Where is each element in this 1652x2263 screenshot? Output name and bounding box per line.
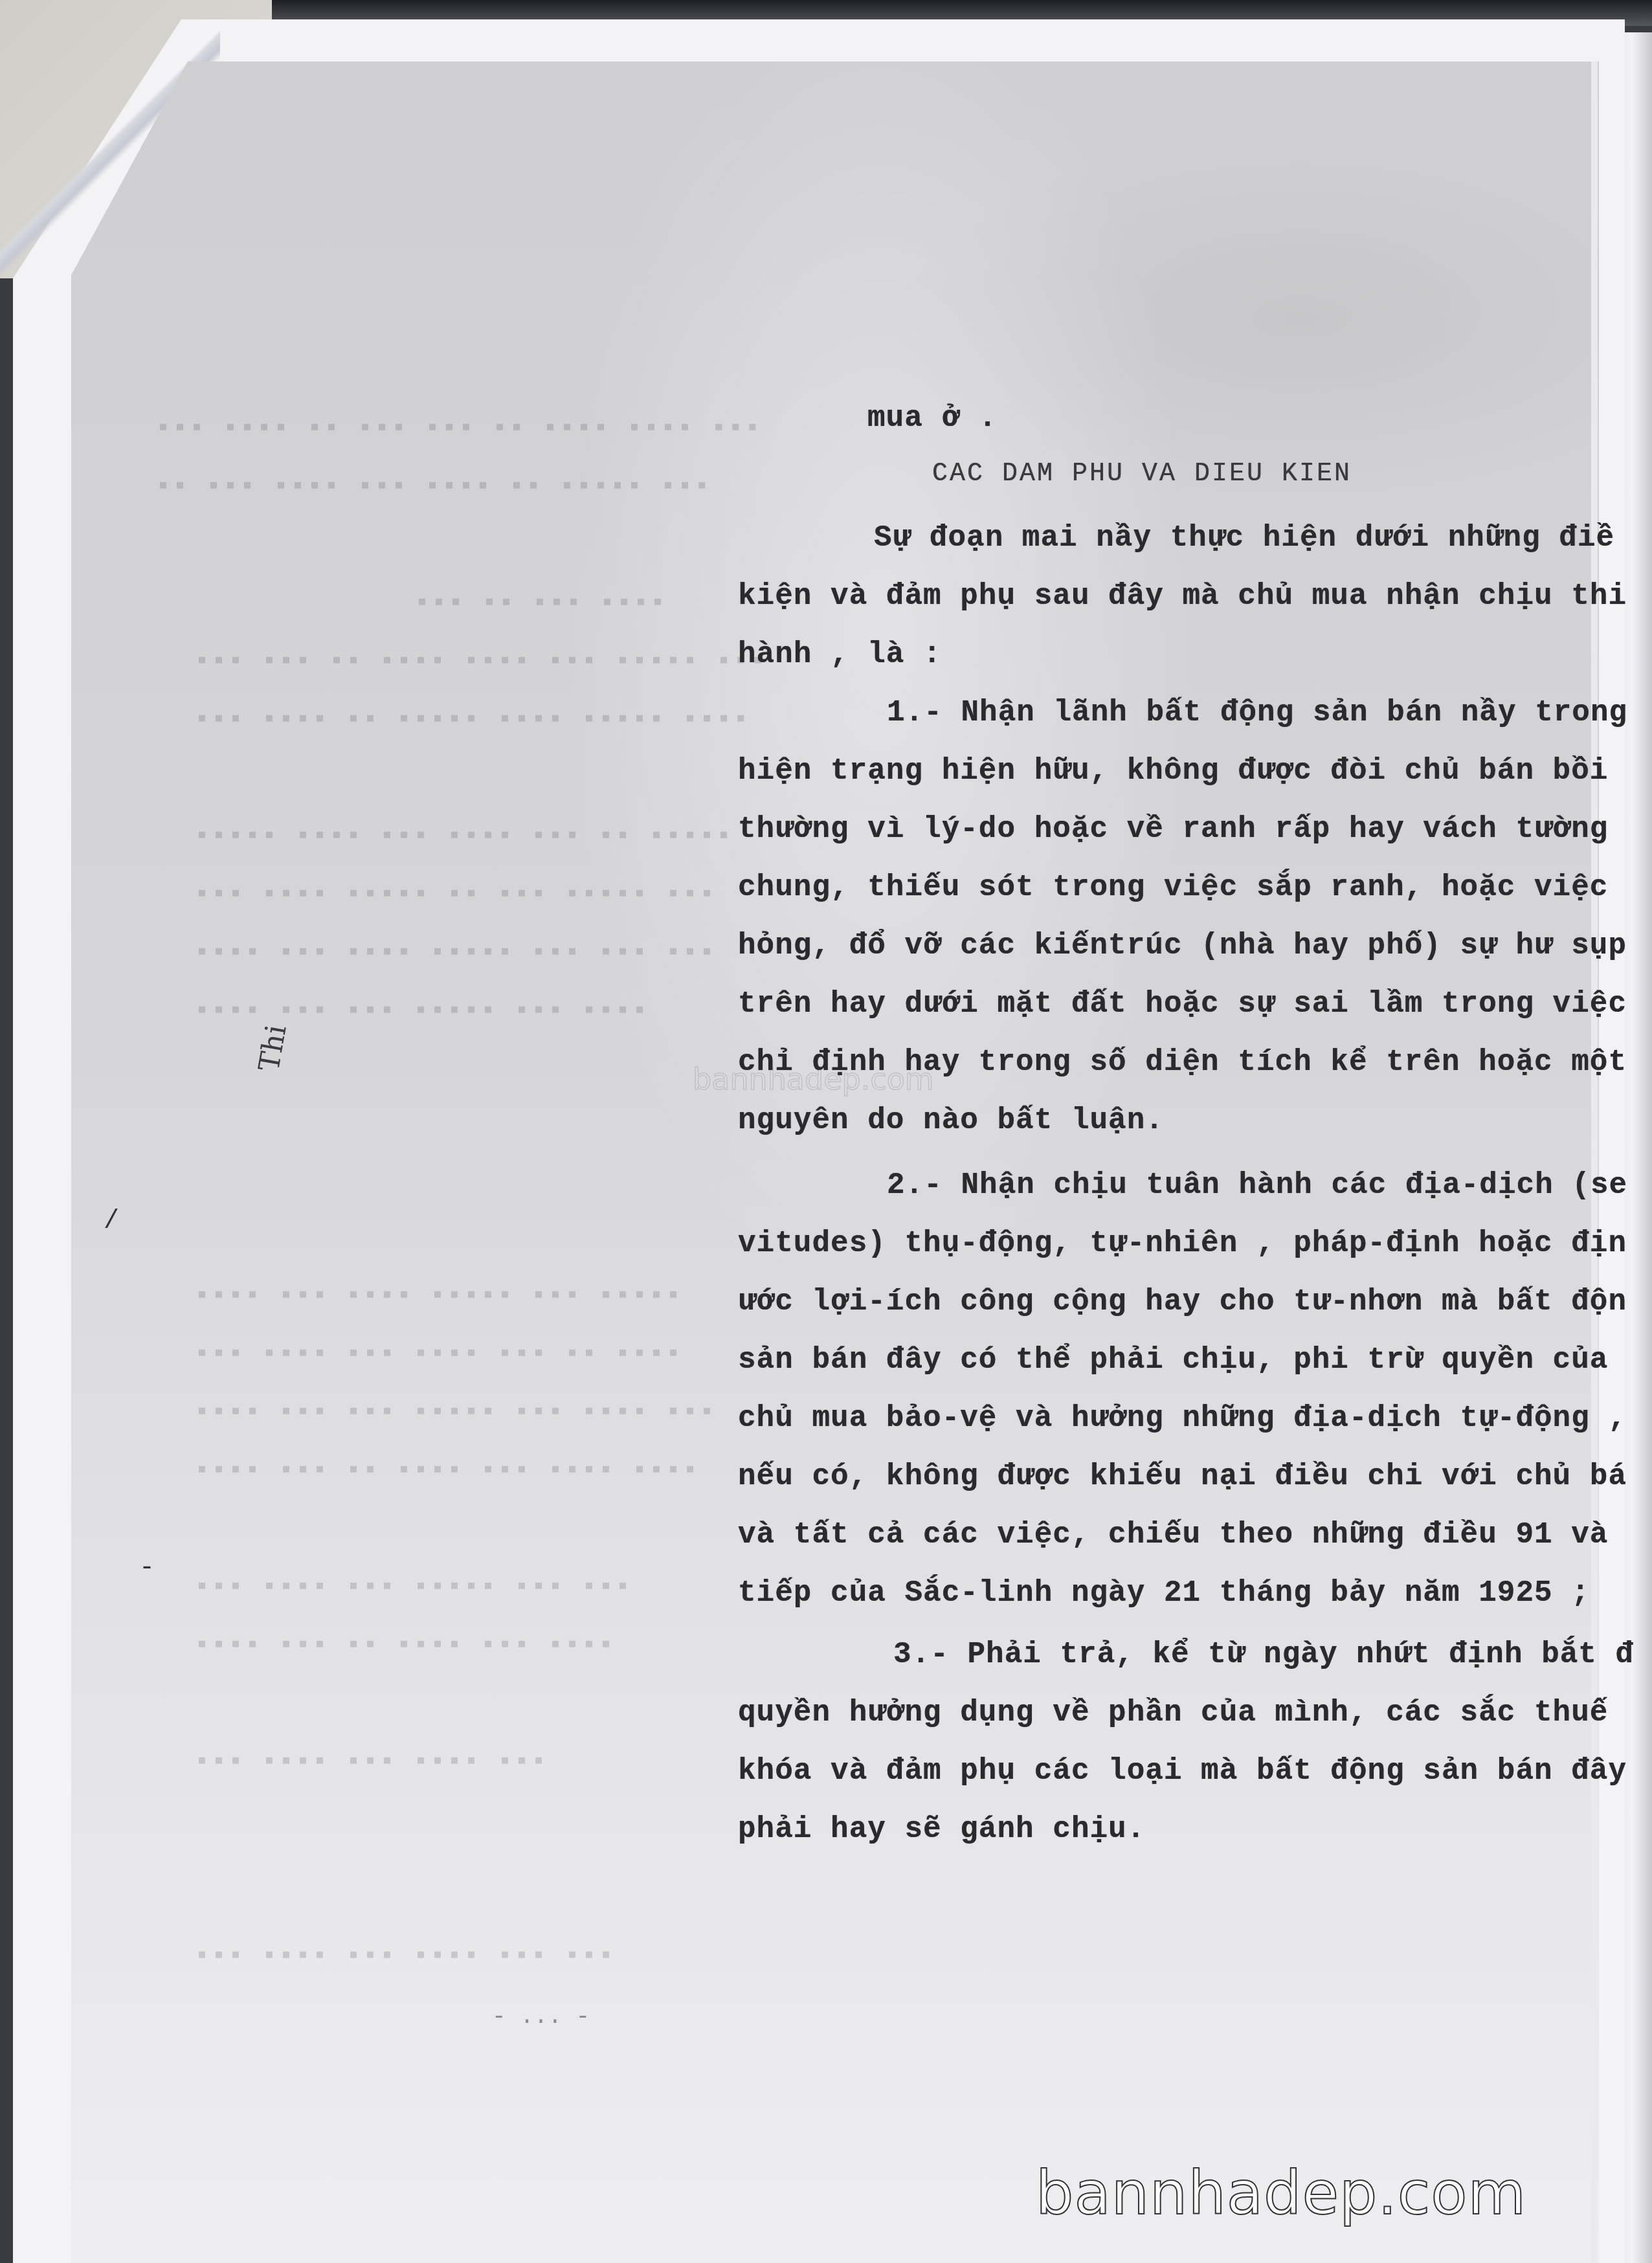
text-line: quyền hưởng dụng về phần của mình, các s… bbox=[738, 1696, 1608, 1730]
clause-2-heading: 2.- Nhận chịu tuân hành các địa-dịch (se bbox=[887, 1168, 1627, 1202]
clause-1-heading: 1.- Nhận lãnh bất động sản bán nầy trong bbox=[887, 696, 1627, 730]
text-line: và tất cả các việc, chiếu theo những điề… bbox=[738, 1518, 1608, 1552]
bleed-through-text: ▪▪▪ ▪▪ ▪▪▪ ▪▪▪▪ bbox=[414, 589, 667, 618]
bleed-through-text: ▪▪▪ ▪▪▪ ▪▪ ▪▪▪▪ ▪▪▪▪ ▪▪▪ ▪▪▪▪▪ ▪▪▪ bbox=[194, 647, 766, 676]
bleed-through-text: ▪▪▪ ▪▪▪▪ ▪▪▪ ▪▪▪▪ ▪▪▪ ▪▪ ▪▪▪▪ bbox=[194, 1340, 682, 1369]
text-line: chung, thiếu sót trong việc sắp ranh, ho… bbox=[738, 871, 1608, 904]
text-line: vitudes) thụ-động, tự-nhiên , pháp-định … bbox=[738, 1227, 1627, 1260]
photocopy-area bbox=[71, 61, 1599, 2263]
text-line: thường vì lý-do hoặc về ranh rấp hay vác… bbox=[738, 812, 1608, 846]
text-line: chủ mua bảo-vệ và hưởng những địa-dịch t… bbox=[738, 1401, 1627, 1435]
section-title: CAC DAM PHU VA DIEU KIEN bbox=[932, 460, 1352, 489]
bleed-through-text: ▪▪▪ ▪▪▪▪ ▪▪▪ ▪▪▪▪▪ ▪▪▪ ▪▪▪ bbox=[194, 1573, 632, 1602]
page-marker: - ... - bbox=[492, 2003, 590, 2030]
photocopy-right-edge bbox=[1591, 61, 1598, 2263]
text-line: kiện và đảm phụ sau đây mà chủ mua nhận … bbox=[738, 579, 1627, 613]
bleed-through-text: ▪▪▪▪ ▪▪▪ ▪▪▪ ▪▪▪▪▪ ▪▪▪ ▪▪▪▪ ▪▪▪ bbox=[194, 1398, 716, 1427]
bleed-through-text: ▪▪▪ ▪▪▪▪ ▪▪▪ ▪▪▪▪ ▪▪▪ bbox=[194, 1748, 548, 1777]
text-line: trên hay dưới mặt đất hoặc sự sai lầm tr… bbox=[738, 987, 1627, 1021]
bleed-through-text: ▪▪▪▪ ▪▪▪ ▪▪ ▪▪▪▪ ▪▪▪ ▪▪▪▪ ▪▪▪▪ bbox=[194, 1456, 699, 1486]
text-line: sản bán đây có thể phải chịu, phi trừ qu… bbox=[738, 1343, 1608, 1377]
text-line: Sự đoạn mai nầy thực hiện dưới những điề bbox=[874, 521, 1614, 555]
intro-line: mua ở . bbox=[867, 401, 997, 435]
text-line: ước lợi-ích công cộng hay cho tư-nhơn mà… bbox=[738, 1285, 1627, 1319]
bleed-through-text: ▪▪▪▪ ▪▪▪ ▪▪▪▪ ▪▪▪▪▪ ▪▪▪ ▪▪▪▪▪ bbox=[194, 1282, 682, 1311]
margin-mark: / bbox=[104, 1207, 119, 1236]
margin-mark: - bbox=[139, 1554, 155, 1583]
bleed-through-text: ▪▪ ▪▪▪ ▪▪▪▪ ▪▪▪ ▪▪▪▪ ▪▪ ▪▪▪▪▪ ▪▪▪ bbox=[155, 473, 711, 502]
text-line: nguyên do nào bất luận. bbox=[738, 1104, 1164, 1137]
text-line: hỏng, đổ vỡ các kiếntrúc (nhà hay phố) s… bbox=[738, 929, 1627, 963]
text-line: phải hay sẽ gánh chịu. bbox=[738, 1812, 1145, 1846]
text-line: hành , là : bbox=[738, 638, 942, 671]
watermark-bottom: bannhadep.com bbox=[1036, 2159, 1526, 2228]
text-line: khóa và đảm phụ các loại mà bất động sản… bbox=[738, 1754, 1627, 1788]
bleed-through-text: ▪▪▪ ▪▪▪▪ ▪▪ ▪▪▪▪▪ ▪▪▪▪ ▪▪▪▪▪ ▪▪▪▪ bbox=[194, 706, 750, 735]
text-line: hiện trạng hiện hữu, không được đòi chủ … bbox=[738, 754, 1608, 788]
bleed-through-text: ▪▪▪ ▪▪▪▪ ▪▪▪▪▪ ▪▪ ▪▪▪ ▪▪▪▪▪ ▪▪▪ bbox=[194, 880, 716, 909]
text-line: nếu có, không được khiếu nại điều chi vớ… bbox=[738, 1460, 1627, 1493]
bleed-through-text: ▪▪▪ ▪▪▪▪ ▪▪▪ ▪▪▪▪ ▪▪▪ ▪▪▪ bbox=[194, 1942, 615, 1971]
bleed-through-text: ▪▪▪▪ ▪▪▪ ▪▪▪▪ ▪▪▪▪▪ ▪▪▪ ▪▪▪ ▪▪▪ bbox=[194, 939, 716, 968]
text-line: tiếp của Sắc-linh ngày 21 tháng bảy năm … bbox=[738, 1576, 1590, 1610]
bleed-through-text: ▪▪▪▪ ▪▪▪ ▪▪ ▪▪▪▪ ▪▪▪ ▪▪▪▪ bbox=[194, 1631, 615, 1660]
bleed-through-text: ▪▪▪ ▪▪▪▪ ▪▪ ▪▪▪ ▪▪▪ ▪▪ ▪▪▪▪ ▪▪▪▪ ▪▪▪ bbox=[155, 414, 761, 443]
bleed-through-text: ▪▪▪▪▪ ▪▪▪▪ ▪▪▪ ▪▪▪▪ ▪▪▪ ▪▪ ▪▪▪▪▪ bbox=[194, 822, 733, 851]
text-line: chỉ định hay trong số diện tích kể trên … bbox=[738, 1045, 1627, 1079]
bleed-through-text: ▪▪▪▪ ▪▪▪ ▪▪▪ ▪▪▪▪▪ ▪▪▪ ▪▪▪▪ bbox=[194, 997, 649, 1026]
clause-3-heading: 3.- Phải trả, kể từ ngày nhứt định bắt đ bbox=[893, 1638, 1634, 1671]
